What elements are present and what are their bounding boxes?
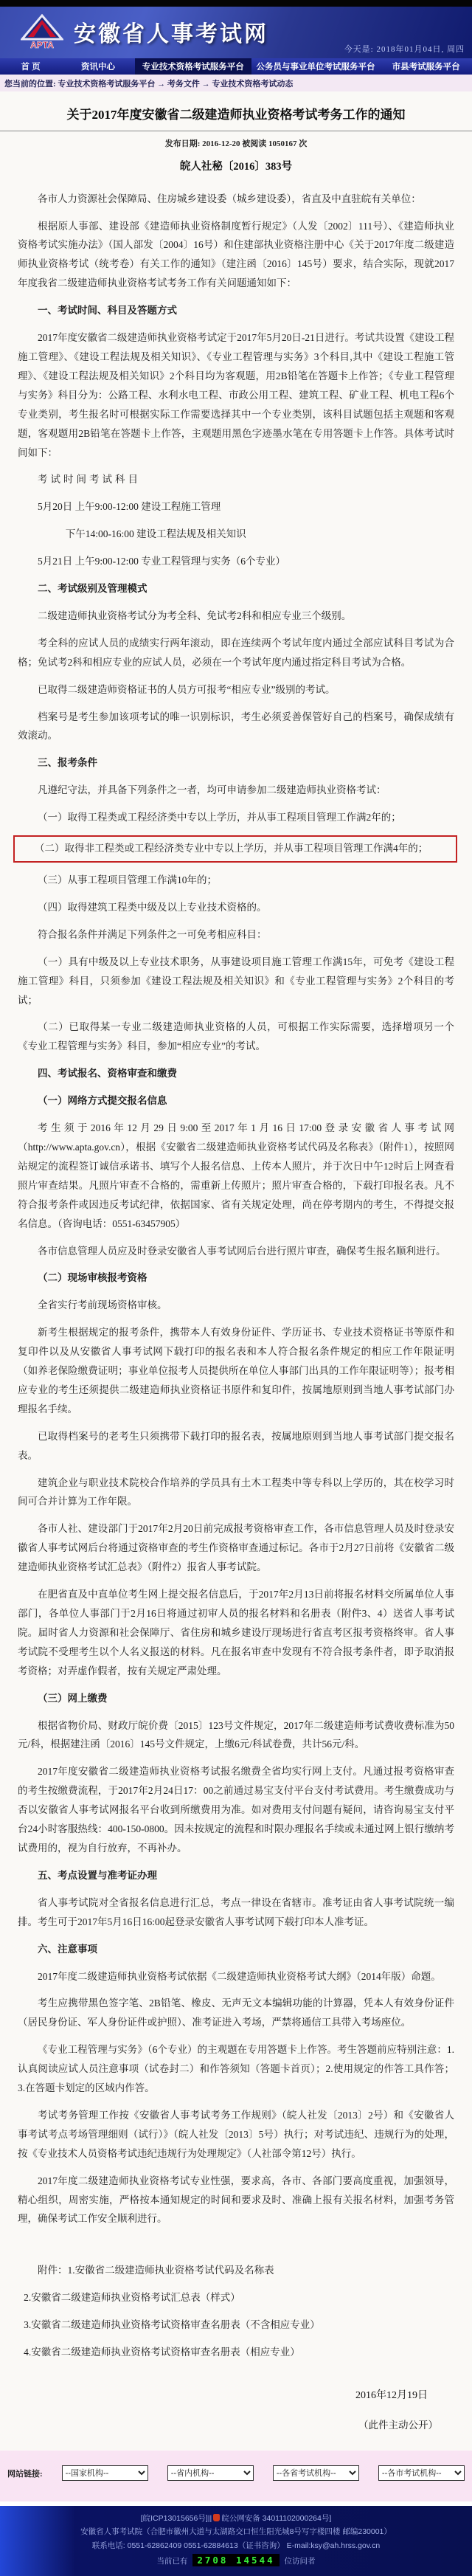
footer-contact: 联系电话: 0551-62862409 0551-62884613（证书咨询） … <box>0 2539 472 2552</box>
title-divider <box>0 131 472 131</box>
main-nav: 首 页资讯中心专业技术资格考试服务平台公务员与事业单位考试服务平台市县考试服务平… <box>0 58 472 75</box>
page-title: 关于2017年度安徽省二级建造师执业资格考试考务工作的通知 <box>37 106 435 125</box>
paragraph: 档案号是考生参加该项考试的唯一识别标识，考生必须妥善保管好自己的档案号，确保成绩… <box>18 708 454 746</box>
paragraph: 各市信息管理人员应及时登录安徽省人事考试网后台进行照片审查，确保考生报名顺利进行… <box>18 1242 454 1261</box>
site-header: APTA 安徽省人事考试网 今天是: 2018年01月04日, 周四 <box>0 7 472 58</box>
nav-item[interactable]: 资讯中心 <box>61 58 135 75</box>
highlighted-paragraph: （二）取得非工程类或工程经济类专业中专以上学历，并从事工程项目管理工作满4年的； <box>13 835 457 863</box>
paragraph: 2017年度二级建造师执业资格考试专业性强，要求高，各市、各部门要高度重视，加强… <box>18 2172 454 2229</box>
paragraph: 下午14:00-16:00 建设工程法规及相关知识 <box>18 525 454 544</box>
header-date: 今天是: 2018年01月04日, 周四 <box>344 43 465 55</box>
police-badge-icon <box>213 2514 220 2521</box>
paragraph: 考试考务管理工作按《安徽省人事考试考务工作规则》（皖人社发〔2013〕2号）和《… <box>18 2106 454 2164</box>
icp-line: [皖ICP13015656号]||皖公网安备 34011102000264号] <box>0 2512 472 2525</box>
visitor-prefix: 当前已有 <box>156 2557 187 2566</box>
apta-logo-icon: APTA <box>21 14 63 49</box>
site-logo[interactable]: APTA 安徽省人事考试网 <box>21 14 268 49</box>
paragraph: 已取得二级建造师资格证书的人员方可报考“相应专业”级别的考试。 <box>18 680 454 700</box>
nav-item[interactable]: 公务员与事业单位考试服务平台 <box>251 58 381 75</box>
paragraph: （三）从事工程项目管理工作满10年的； <box>18 871 454 890</box>
site-title: 安徽省人事考试网 <box>74 15 268 48</box>
sign-open-note: （此件主动公开） <box>18 2417 438 2431</box>
attachment-item: 附件：1.安徽省二级建造师执业资格考试代码及名称表 <box>18 2261 454 2280</box>
svg-text:APTA: APTA <box>30 40 54 49</box>
paragraph: 省人事考试院对全省报名信息进行汇总，考点一律设在省辖市。准考证由省人事考试院统一… <box>18 1893 454 1932</box>
paragraph: 全省实行考前现场资格审核。 <box>18 1296 454 1315</box>
article-body: 各市人力资源社会保障局、住房城乡建设委（城乡建设委），省直及中直驻皖有关单位：根… <box>18 190 454 2362</box>
visitor-counter: 2708 14544 <box>192 2554 279 2566</box>
paragraph: 考试时间考试科目 <box>18 470 454 489</box>
section-heading: 三、报考条件 <box>18 753 454 773</box>
paragraph: 凡遵纪守法，并具备下列条件之一者，均可申请参加二级建造师执业资格考试： <box>18 781 454 800</box>
paragraph: 5月20日 上午9:00-12:00 建设工程施工管理 <box>18 497 454 517</box>
visitor-suffix: 位访问者 <box>285 2557 316 2566</box>
paragraph: 各市人力资源社会保障局、住房城乡建设委（城乡建设委），省直及中直驻皖有关单位： <box>18 190 454 209</box>
article-meta: 发布日期: 2016-12-20 被阅读 1050167 次 <box>18 137 454 149</box>
visitor-line: 当前已有 2708 14544 位访问者 <box>0 2552 472 2569</box>
section-heading: 二、考试级别及管理模式 <box>18 579 454 598</box>
page: APTA 安徽省人事考试网 今天是: 2018年01月04日, 周四 首 页资讯… <box>0 0 472 2576</box>
paragraph: 2017年度二级建造师执业资格考试依据《二级建造师执业资格考试大纲》（2014年… <box>18 1967 454 1986</box>
section-heading: 六、注意事项 <box>18 1940 454 1959</box>
section-heading: （一）网络方式提交报名信息 <box>18 1091 454 1111</box>
paragraph: （四）取得建筑工程类中级及以上专业技术资格的。 <box>18 898 454 917</box>
section-heading: （三）网上缴费 <box>18 1689 454 1708</box>
section-heading: 四、考试报名、资格审查和缴费 <box>18 1064 454 1083</box>
section-heading: （二）现场审核报考资格 <box>18 1268 454 1288</box>
paragraph: 2017年度安徽省二级建造师执业资格考试报名缴费全省均实行网上支付。凡通过报考资… <box>18 1762 454 1858</box>
nav-item[interactable]: 市县考试服务平台 <box>380 58 472 75</box>
paragraph: 5月21日 上午9:00-12:00 专业工程管理与实务（6个专业） <box>18 552 454 571</box>
site-link-select[interactable]: --各省考试机构-- <box>273 2465 359 2481</box>
paragraph: 建筑企业与职业技术院校合作培养的学员具有土木工程类中等专科以上学历的，其在校学习… <box>18 1474 454 1512</box>
attachment-item: 2.安徽省二级建造师执业资格考试汇总表（样式） <box>18 2288 454 2307</box>
sign-date: 2016年12月19日 <box>18 2387 428 2402</box>
top-black-bar <box>0 0 472 7</box>
icp-left: [皖ICP13015656号]|| <box>141 2514 212 2523</box>
paragraph: 各市人社、建设部门于2017年2月20日前完成报考资格审查工作，各市信息管理人员… <box>18 1519 454 1577</box>
paragraph: 考生须于2016年12月29日9:00至2017年1月16日17:00登录安徽省… <box>18 1119 454 1233</box>
paragraph: 新考生根据规定的报考条件，携带本人有效身份证件、学历证书、专业技术资格证书等原件… <box>18 1323 454 1419</box>
footer-address: 安徽省人事考试院（合肥市徽州大道与太湖路交口恒生阳光城8号写字楼四楼 邮编230… <box>0 2525 472 2538</box>
breadcrumb: 您当前的位置: 专业技术资格考试服务平台 → 考务文件 → 专业技术资格考试动态 <box>0 75 472 91</box>
paragraph: 在肥省直及中直单位考生网上提交报名信息后，于2017年2月13日前将报名材料交所… <box>18 1585 454 1681</box>
attachment-item: 4.安徽省二级建造师执业资格考试资格审查名册表（相应专业） <box>18 2343 454 2362</box>
paragraph: 考生应携带黑色签字笔、2B铅笔、橡皮、无声无文本编辑功能的计算器，凭本人有效身份… <box>18 1994 454 2032</box>
nav-item[interactable]: 首 页 <box>0 58 61 75</box>
paragraph: 二级建造师执业资格考试分为考全科、免试考2科和相应专业三个级别。 <box>18 607 454 626</box>
site-footer: [皖ICP13015656号]||皖公网安备 34011102000264号] … <box>0 2506 472 2576</box>
paragraph: 2017年度安徽省二级建造师执业资格考试定于2017年5月20日-21日进行。考… <box>18 328 454 462</box>
nav-item[interactable]: 专业技术资格考试服务平台 <box>135 58 251 75</box>
paragraph: 符合报名条件并满足下列条件之一可免考相应科目： <box>18 925 454 945</box>
attachment-item: 3.安徽省二级建造师执业资格考试资格审查名册表（不含相应专业） <box>18 2316 454 2335</box>
site-link-select[interactable]: --省内机构-- <box>167 2465 254 2481</box>
section-heading: 一、考试时间、科目及答题方式 <box>18 301 454 320</box>
site-link-select[interactable]: --各市考试机构-- <box>378 2465 465 2481</box>
links-label: 网站链接: <box>7 2468 43 2479</box>
paragraph: 《专业工程管理与实务》（6个专业）的主观题在专用答题卡上作答。考生答题前应特别注… <box>18 2040 454 2098</box>
article-content: 关于2017年度安徽省二级建造师执业资格考试考务工作的通知 发布日期: 2016… <box>0 91 472 2451</box>
paragraph: （一）具有中级及以上专业技术职务，从事建设项目施工管理工作满15年，可免考《建设… <box>18 953 454 1010</box>
doc-number: 皖人社秘〔2016〕383号 <box>18 158 454 173</box>
links-bar: 网站链接: --国家机构----省内机构----各省考试机构----各市考试机构… <box>0 2451 472 2506</box>
paragraph: （二）已取得某一专业二级建造师执业资格的人员，可根据工作实际需要，选择增项另一个… <box>18 1018 454 1056</box>
paragraph: 根据原人事部、建设部《建造师执业资格制度暂行规定》（人发〔2002〕111号）、… <box>18 217 454 294</box>
icp-right: 皖公网安备 34011102000264号] <box>221 2514 331 2523</box>
paragraph: 已取得档案号的老考生只须携带下载打印的报名表，按属地原则到当地人事考试部门提交报… <box>18 1427 454 1465</box>
paragraph: 考全科的应试人员的成绩实行两年滚动，即在连续两个考试年度内通过全部应试科目考试为… <box>18 634 454 672</box>
links-dropdowns: --国家机构----省内机构----各省考试机构----各市考试机构-- <box>62 2465 465 2481</box>
paragraph: 根据省物价局、财政厅皖价费〔2015〕123号文件规定，2017年二级建造师考试… <box>18 1716 454 1755</box>
site-link-select[interactable]: --国家机构-- <box>62 2465 148 2481</box>
paragraph: （一）取得工程类或工程经济类中专以上学历，并从事工程项目管理工作满2年的； <box>18 808 454 827</box>
section-heading: 五、考点设置与准考证办理 <box>18 1866 454 1885</box>
